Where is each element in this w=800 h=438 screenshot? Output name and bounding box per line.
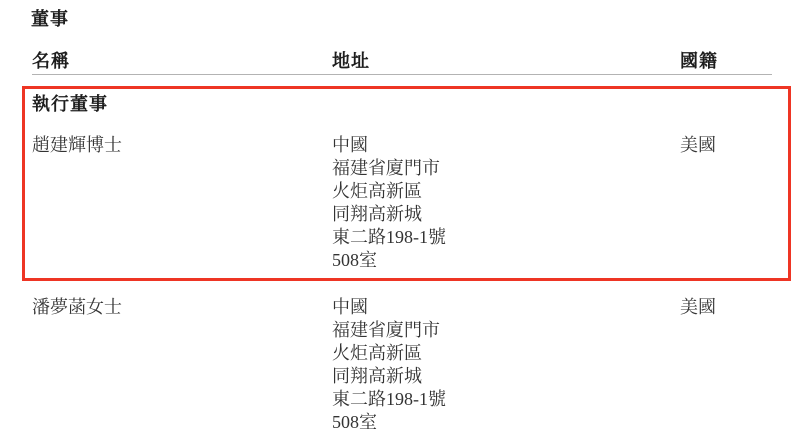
table-row: 趙建輝博士 中國 福建省廈門市 火炬高新區 同翔高新城 東二路198-1號 50… bbox=[32, 134, 788, 272]
address-line: 508室 bbox=[332, 249, 680, 272]
highlight-box: 執行董事 趙建輝博士 中國 福建省廈門市 火炬高新區 同翔高新城 東二路198-… bbox=[22, 86, 791, 281]
header-name: 名稱 bbox=[32, 52, 332, 70]
director-address: 中國 福建省廈門市 火炬高新區 同翔高新城 東二路198-1號 508室 bbox=[332, 134, 680, 272]
address-line: 東二路198-1號 bbox=[332, 226, 680, 249]
document-page: 董事 名稱 地址 國籍 執行董事 趙建輝博士 中國 福建省廈門市 火炬高新區 同… bbox=[0, 0, 800, 438]
header-nationality: 國籍 bbox=[680, 52, 772, 70]
address-line: 中國 bbox=[332, 134, 680, 157]
table-header-row: 名稱 地址 國籍 bbox=[32, 52, 772, 70]
section-label-executive-directors: 執行董事 bbox=[32, 95, 788, 113]
director-name: 潘夢菡女士 bbox=[32, 296, 332, 319]
address-line: 中國 bbox=[332, 296, 680, 319]
address-line: 同翔高新城 bbox=[332, 203, 680, 226]
address-line: 同翔高新城 bbox=[332, 365, 680, 388]
address-line: 火炬高新區 bbox=[332, 342, 680, 365]
address-line: 福建省廈門市 bbox=[332, 319, 680, 342]
directors-table: 名稱 地址 國籍 執行董事 趙建輝博士 中國 福建省廈門市 火炬高新區 同翔高新… bbox=[0, 52, 800, 434]
director-name: 趙建輝博士 bbox=[32, 134, 332, 157]
table-row: 潘夢菡女士 中國 福建省廈門市 火炬高新區 同翔高新城 東二路198-1號 50… bbox=[32, 296, 772, 434]
address-line: 508室 bbox=[332, 411, 680, 434]
header-divider bbox=[32, 74, 772, 75]
director-nationality: 美國 bbox=[680, 134, 788, 157]
address-line: 東二路198-1號 bbox=[332, 388, 680, 411]
director-nationality: 美國 bbox=[680, 296, 772, 319]
page-title: 董事 bbox=[31, 10, 800, 28]
header-address: 地址 bbox=[332, 52, 680, 70]
address-line: 福建省廈門市 bbox=[332, 157, 680, 180]
director-address: 中國 福建省廈門市 火炬高新區 同翔高新城 東二路198-1號 508室 bbox=[332, 296, 680, 434]
address-line: 火炬高新區 bbox=[332, 180, 680, 203]
